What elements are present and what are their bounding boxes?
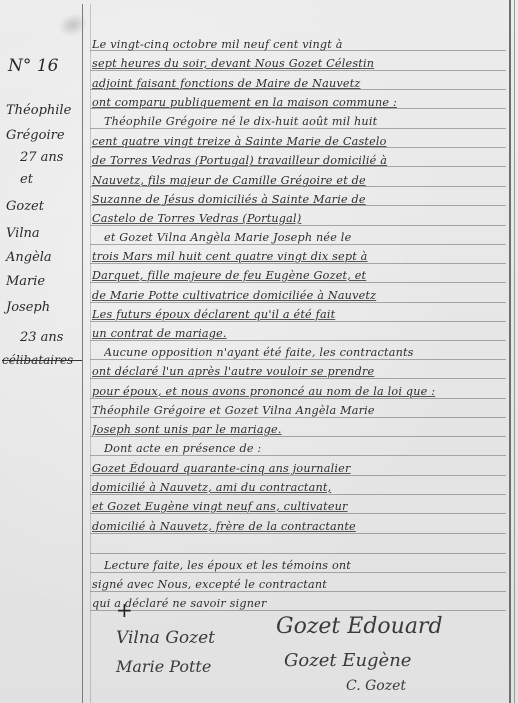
signature-marie-potte: Marie Potte — [116, 657, 211, 676]
margin-entry: Grégoire — [6, 128, 84, 144]
record-line: Joseph sont unis par le mariage. — [92, 423, 508, 437]
record-line: et Gozet Vilna Angèla Marie Joseph née l… — [104, 231, 518, 245]
record-line: Suzanne de Jésus domiciliés à Sainte Mar… — [92, 193, 508, 207]
record-line: Théophile Grégoire et Gozet Vilna Angèla… — [92, 404, 508, 418]
record-line: de Marie Potte cultivatrice domiciliée à… — [92, 289, 508, 303]
record-line: signé avec Nous, excepté le contractant — [92, 578, 508, 592]
margin-entry: célibataires — [2, 352, 80, 368]
register-page: N° 16 ThéophileGrégoire27 ansetGozetViln… — [0, 0, 518, 703]
signature-c-gozet: C. Gozet — [346, 678, 406, 694]
margin-entry: Théophile — [6, 103, 84, 119]
record-line: pour époux, et nous avons prononcé au no… — [92, 385, 508, 399]
margin-entry: Vilna — [6, 226, 84, 242]
record-line: sept heures du soir, devant Nous Gozet C… — [92, 57, 508, 71]
record-line: Gozet Édouard quarante-cinq ans journali… — [92, 462, 508, 476]
record-line: Théophile Grégoire né le dix-huit août m… — [104, 115, 518, 129]
record-line: ont déclaré l'un après l'autre vouloir s… — [92, 365, 508, 379]
record-line: cent quatre vingt treize à Sainte Marie … — [92, 135, 508, 149]
record-line: Lecture faite, les époux et les témoins … — [104, 559, 518, 573]
margin-entry: 27 ans — [20, 150, 98, 166]
record-line: Nauvetz, fils majeur de Camille Grégoire… — [92, 174, 508, 188]
signature-gozet-eugene: Gozet Eugène — [284, 650, 411, 671]
record-number: N° 16 — [8, 58, 86, 74]
margin-entry: 23 ans — [20, 330, 98, 346]
margin-entry: et — [20, 172, 98, 188]
record-line: Les futurs époux déclarent qu'il a été f… — [92, 308, 508, 322]
margin-entry: Gozet — [6, 199, 84, 215]
record-line: de Torres Vedras (Portugal) travailleur … — [92, 154, 508, 168]
record-line: et Gozet Eugène vingt neuf ans, cultivat… — [92, 500, 508, 514]
signature-vilna-gozet: Vilna Gozet — [116, 628, 215, 648]
record-line: Le vingt-cinq octobre mil neuf cent ving… — [92, 38, 508, 52]
ink-stamp-mark — [55, 10, 91, 41]
record-line: trois Mars mil huit cent quatre vingt di… — [92, 250, 508, 264]
record-line: ont comparu publiquement en la maison co… — [92, 96, 508, 110]
signature-gozet-edouard: Gozet Edouard — [276, 614, 443, 639]
record-line: qui a déclaré ne savoir signer — [92, 597, 508, 611]
margin-entry: Marie — [6, 274, 84, 290]
record-line: un contrat de mariage. — [92, 327, 508, 341]
record-line: adjoint faisant fonctions de Maire de Na… — [92, 77, 508, 91]
margin-entry: Joseph — [6, 300, 84, 316]
record-line: Castelo de Torres Vedras (Portugal) — [92, 212, 508, 226]
ruled-line — [90, 553, 506, 554]
record-line: domicilié à Nauvetz, ami du contractant, — [92, 481, 508, 495]
record-line: Dont acte en présence de : — [104, 442, 518, 456]
margin-entry: Angèla — [6, 250, 84, 266]
record-line: domicilié à Nauvetz, frère de la contrac… — [92, 520, 508, 534]
record-line: Aucune opposition n'ayant été faite, les… — [104, 346, 518, 360]
record-line: Darquet, fille majeure de feu Eugène Goz… — [92, 269, 508, 283]
cross-mark-signature: + — [116, 598, 133, 622]
